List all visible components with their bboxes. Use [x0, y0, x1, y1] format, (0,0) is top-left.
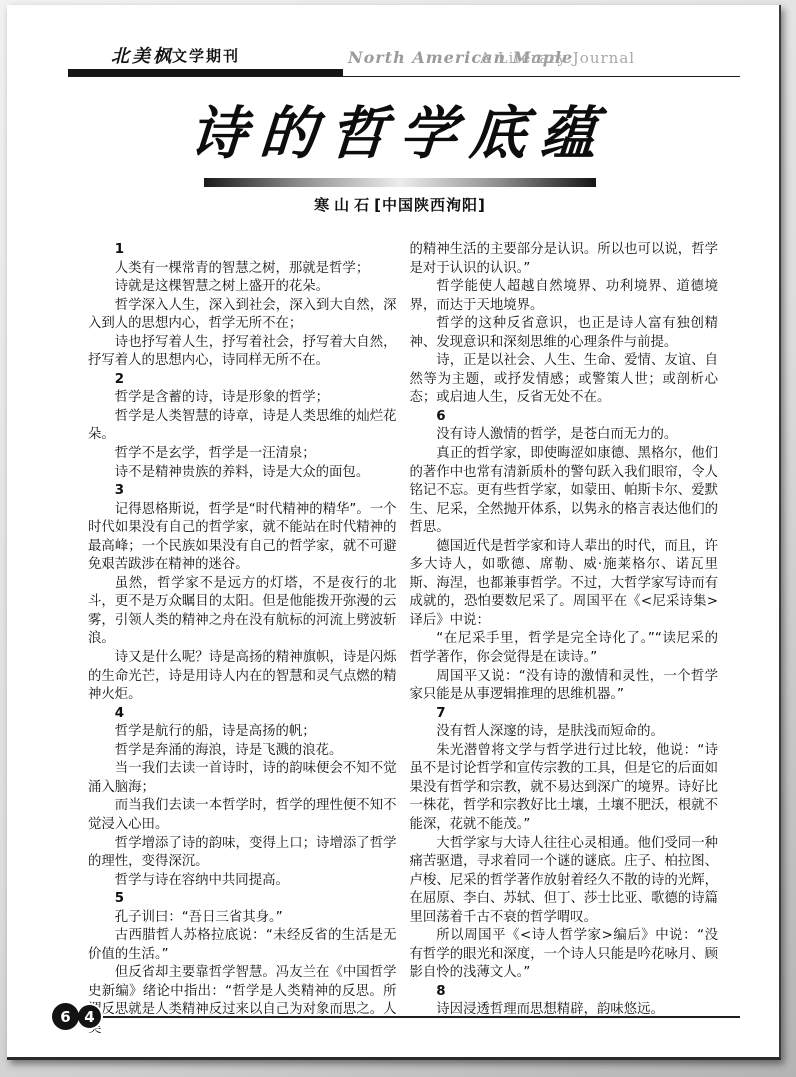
body-paragraph: 但反省却主要靠哲学智慧。冯友兰在《中国哲学史新编》绪论中指出：“哲学是人类精神的… [88, 964, 397, 1038]
body-paragraph: 没有诗人激情的哲学，是苍白而无力的。 [410, 426, 719, 445]
body-paragraph: 当一我们去读一首诗时，诗的韵味便会不知不觉涌入脑海； [88, 760, 397, 797]
body-paragraph: 6 [410, 408, 719, 427]
body-paragraph: 哲学能使人超越自然境界、功利境界、道德境界，而达于天地境界。 [410, 278, 719, 315]
body-paragraph: 哲学增添了诗的韵味，变得上口；诗增添了哲学的理性，变得深沉。 [88, 835, 397, 872]
body-paragraph: 诗又是什么呢？诗是高扬的精神旗帜，诗是闪烁的生命光芒，诗是用诗人内在的智慧和灵气… [88, 649, 397, 705]
body-paragraph: 诗也抒写着人生，抒写着社会，抒写着大自然，抒写着人的思想内心，诗同样无所不在。 [88, 334, 397, 371]
body-paragraph: 3 [88, 482, 397, 501]
body-paragraph: 的精神生活的主要部分是认识。所以也可以说，哲学是对于认识的认识。” [410, 241, 719, 278]
body-paragraph: 诗就是这棵智慧之树上盛开的花朵。 [88, 278, 397, 297]
body-paragraph: 大哲学家与大诗人往往心灵相通。他们受同一种痛苦驱遣，寻求着同一个谜的谜底。庄子、… [410, 835, 719, 928]
body-paragraph: 4 [88, 705, 397, 724]
author-line: 寒山石[中国陕西洵阳] [80, 194, 720, 215]
body-paragraph: 德国近代是哲学家和诗人辈出的时代，而且，许多大诗人，如歌德、席勒、威·施莱格尔、… [410, 538, 719, 631]
body-paragraph: 8 [410, 983, 719, 1002]
scanned-page-canvas: 北美枫 文学期刊 North American Maple A Literary… [0, 0, 796, 1077]
body-paragraph: 诗不是精神贵族的养料，诗是大众的面包。 [88, 464, 397, 483]
article-body: 1人类有一棵常青的智慧之树，那就是哲学；诗就是这棵智慧之树上盛开的花朵。哲学深入… [88, 241, 718, 1039]
body-paragraph: 诗，正是以社会、人生、生命、爱情、友谊、自然等为主题，或抒发情感；或警策人世；或… [410, 352, 719, 408]
body-paragraph: 没有哲人深邃的诗，是肤浅而短命的。 [410, 723, 719, 742]
body-paragraph: 真正的哲学家，即使晦涩如康德、黑格尔，他们的著作中也常有清新质朴的警句跃入我们眼… [410, 445, 719, 538]
body-paragraph: 周国平又说：“没有诗的激情和灵性，一个哲学家只能是从事逻辑推理的思维机器。” [410, 668, 719, 705]
page-number-circle-1: 6 [52, 1003, 79, 1030]
body-paragraph: 哲学的这种反省意识，也正是诗人富有独创精神、发现意识和深刻思维的心理条件与前提。 [410, 315, 719, 352]
body-paragraph: 古西腊哲人苏格拉底说：“未经反省的生活是无价值的生活。” [88, 927, 397, 964]
body-paragraph: 而当我们去读一本哲学时，哲学的理性便不知不觉浸入心田。 [88, 797, 397, 834]
header-rule-thin [68, 76, 740, 78]
body-paragraph: 哲学不是玄学，哲学是一汪清泉； [88, 445, 397, 464]
body-paragraph: 哲学是奔涌的海浪，诗是飞溅的浪花。 [88, 742, 397, 761]
title-block: 诗的哲学底蕴 寒山石[中国陕西洵阳] [80, 88, 720, 215]
author-name: 寒山石 [314, 196, 374, 214]
page-number-circle-2: 4 [76, 1003, 103, 1030]
article-title: 诗的哲学底蕴 [77, 88, 723, 170]
footer-rule [102, 1016, 740, 1018]
journal-type-chinese: 文学期刊 [172, 45, 240, 66]
body-paragraph: 记得恩格斯说，哲学是“时代精神的精华”。一个时代如果没有自己的哲学家，就不能站在… [88, 501, 397, 575]
body-paragraph: 虽然，哲学家不是远方的灯塔，不是夜行的北斗，更不是万众瞩目的太阳。但是他能拨开弥… [88, 575, 397, 649]
title-underline-bar [204, 178, 596, 187]
body-paragraph: 1 [88, 241, 397, 260]
left-column: 1人类有一棵常青的智慧之树，那就是哲学；诗就是这棵智慧之树上盛开的花朵。哲学深入… [88, 241, 397, 1039]
journal-type-english: A Literary Journal [480, 49, 635, 67]
body-paragraph: “在尼采手里，哲学是完全诗化了。”“读尼采的哲学著作，你会觉得是在读诗。” [410, 630, 719, 667]
body-paragraph: 朱光潜曾将文学与哲学进行过比较，他说：“诗虽不是讨论哲学和宣传宗教的工具，但是它… [410, 742, 719, 835]
body-paragraph: 哲学是含蓄的诗，诗是形象的哲学； [88, 389, 397, 408]
body-paragraph: 哲学深入人生，深入到社会，深入到大自然，深入到人的思想内心，哲学无所不在； [88, 297, 397, 334]
body-paragraph: 哲学与诗在容纳中共同提高。 [88, 872, 397, 891]
body-paragraph: 7 [410, 705, 719, 724]
body-paragraph: 5 [88, 890, 397, 909]
body-paragraph: 人类有一棵常青的智慧之树，那就是哲学； [88, 260, 397, 279]
body-paragraph: 孔子训曰：“吾日三省其身。” [88, 909, 397, 928]
right-column: 的精神生活的主要部分是认识。所以也可以说，哲学是对于认识的认识。”哲学能使人超越… [410, 241, 719, 1039]
body-paragraph: 哲学是航行的船，诗是高扬的帆； [88, 723, 397, 742]
journal-name-chinese: 北美枫 [111, 42, 174, 68]
body-paragraph: 哲学是人类智慧的诗章，诗是人类思维的灿烂花朵。 [88, 408, 397, 445]
body-paragraph: 2 [88, 371, 397, 390]
author-location: [中国陕西洵阳] [374, 196, 486, 214]
body-paragraph: 所以周国平《<诗人哲学家>编后》中说：“没有哲学的眼光和深度，一个诗人只能是吟花… [410, 927, 719, 983]
